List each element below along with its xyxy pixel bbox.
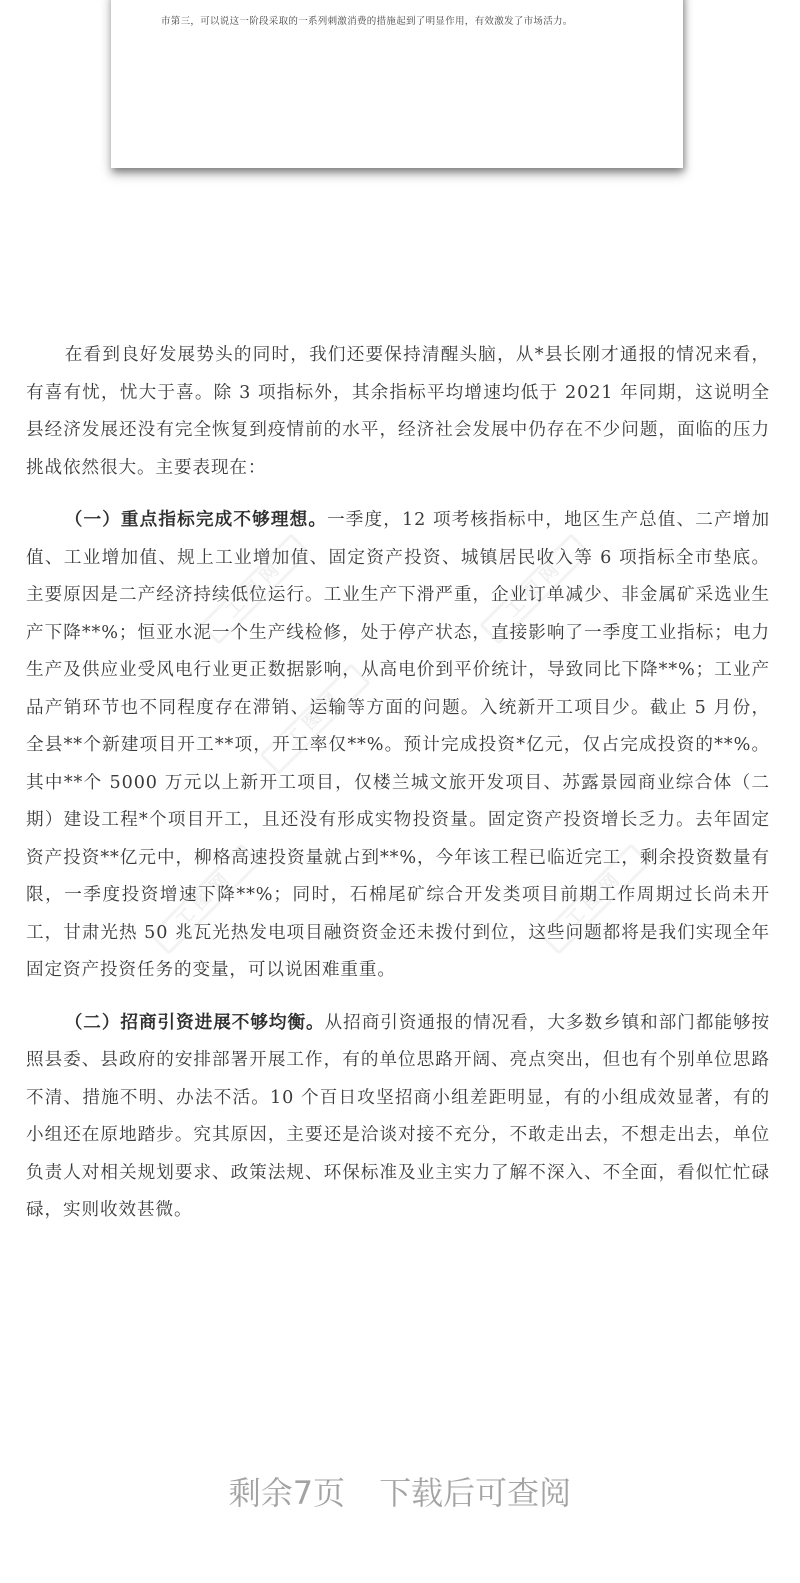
preview-page-last-line: 市第三，可以说这一阶段采取的一系列刺激消费的措施起到了明显作用，有效激发了市场活…: [161, 13, 573, 27]
paragraph-heading: （二）招商引资进展不够均衡。: [65, 1012, 325, 1033]
download-hint-label: 下载后可查阅: [379, 1474, 571, 1512]
paragraph-investment-attraction: （二）招商引资进展不够均衡。从招商引资通报的情况看，大多数乡镇和部门都能够按照县…: [26, 1004, 770, 1230]
document-body: 在看到良好发展势头的同时，我们还要保持清醒头脑，从*县长刚才通报的情况来看，有喜…: [26, 336, 770, 1244]
paragraph-text: 从招商引资通报的情况看，大多数乡镇和部门都能够按照县委、县政府的安排部署开展工作…: [26, 1013, 770, 1221]
preview-page-card: 市第三，可以说这一阶段采取的一系列刺激消费的措施起到了明显作用，有效激发了市场活…: [111, 0, 683, 168]
paragraph-key-indicators: （一）重点指标完成不够理想。一季度，12 项考核指标中，地区生产总值、二产增加值…: [26, 501, 770, 990]
paragraph-text: 一季度，12 项考核指标中，地区生产总值、二产增加值、工业增加值、规上工业增加值…: [26, 510, 770, 980]
download-prompt[interactable]: 剩余7页下载后可查阅: [0, 1468, 800, 1514]
paragraph-heading: （一）重点指标完成不够理想。: [65, 509, 327, 530]
paragraph-intro: 在看到良好发展势头的同时，我们还要保持清醒头脑，从*县长刚才通报的情况来看，有喜…: [26, 336, 770, 487]
remaining-pages-label: 剩余7页: [229, 1474, 345, 1512]
paragraph-text: 在看到良好发展势头的同时，我们还要保持清醒头脑，从*县长刚才通报的情况来看，有喜…: [26, 345, 770, 478]
